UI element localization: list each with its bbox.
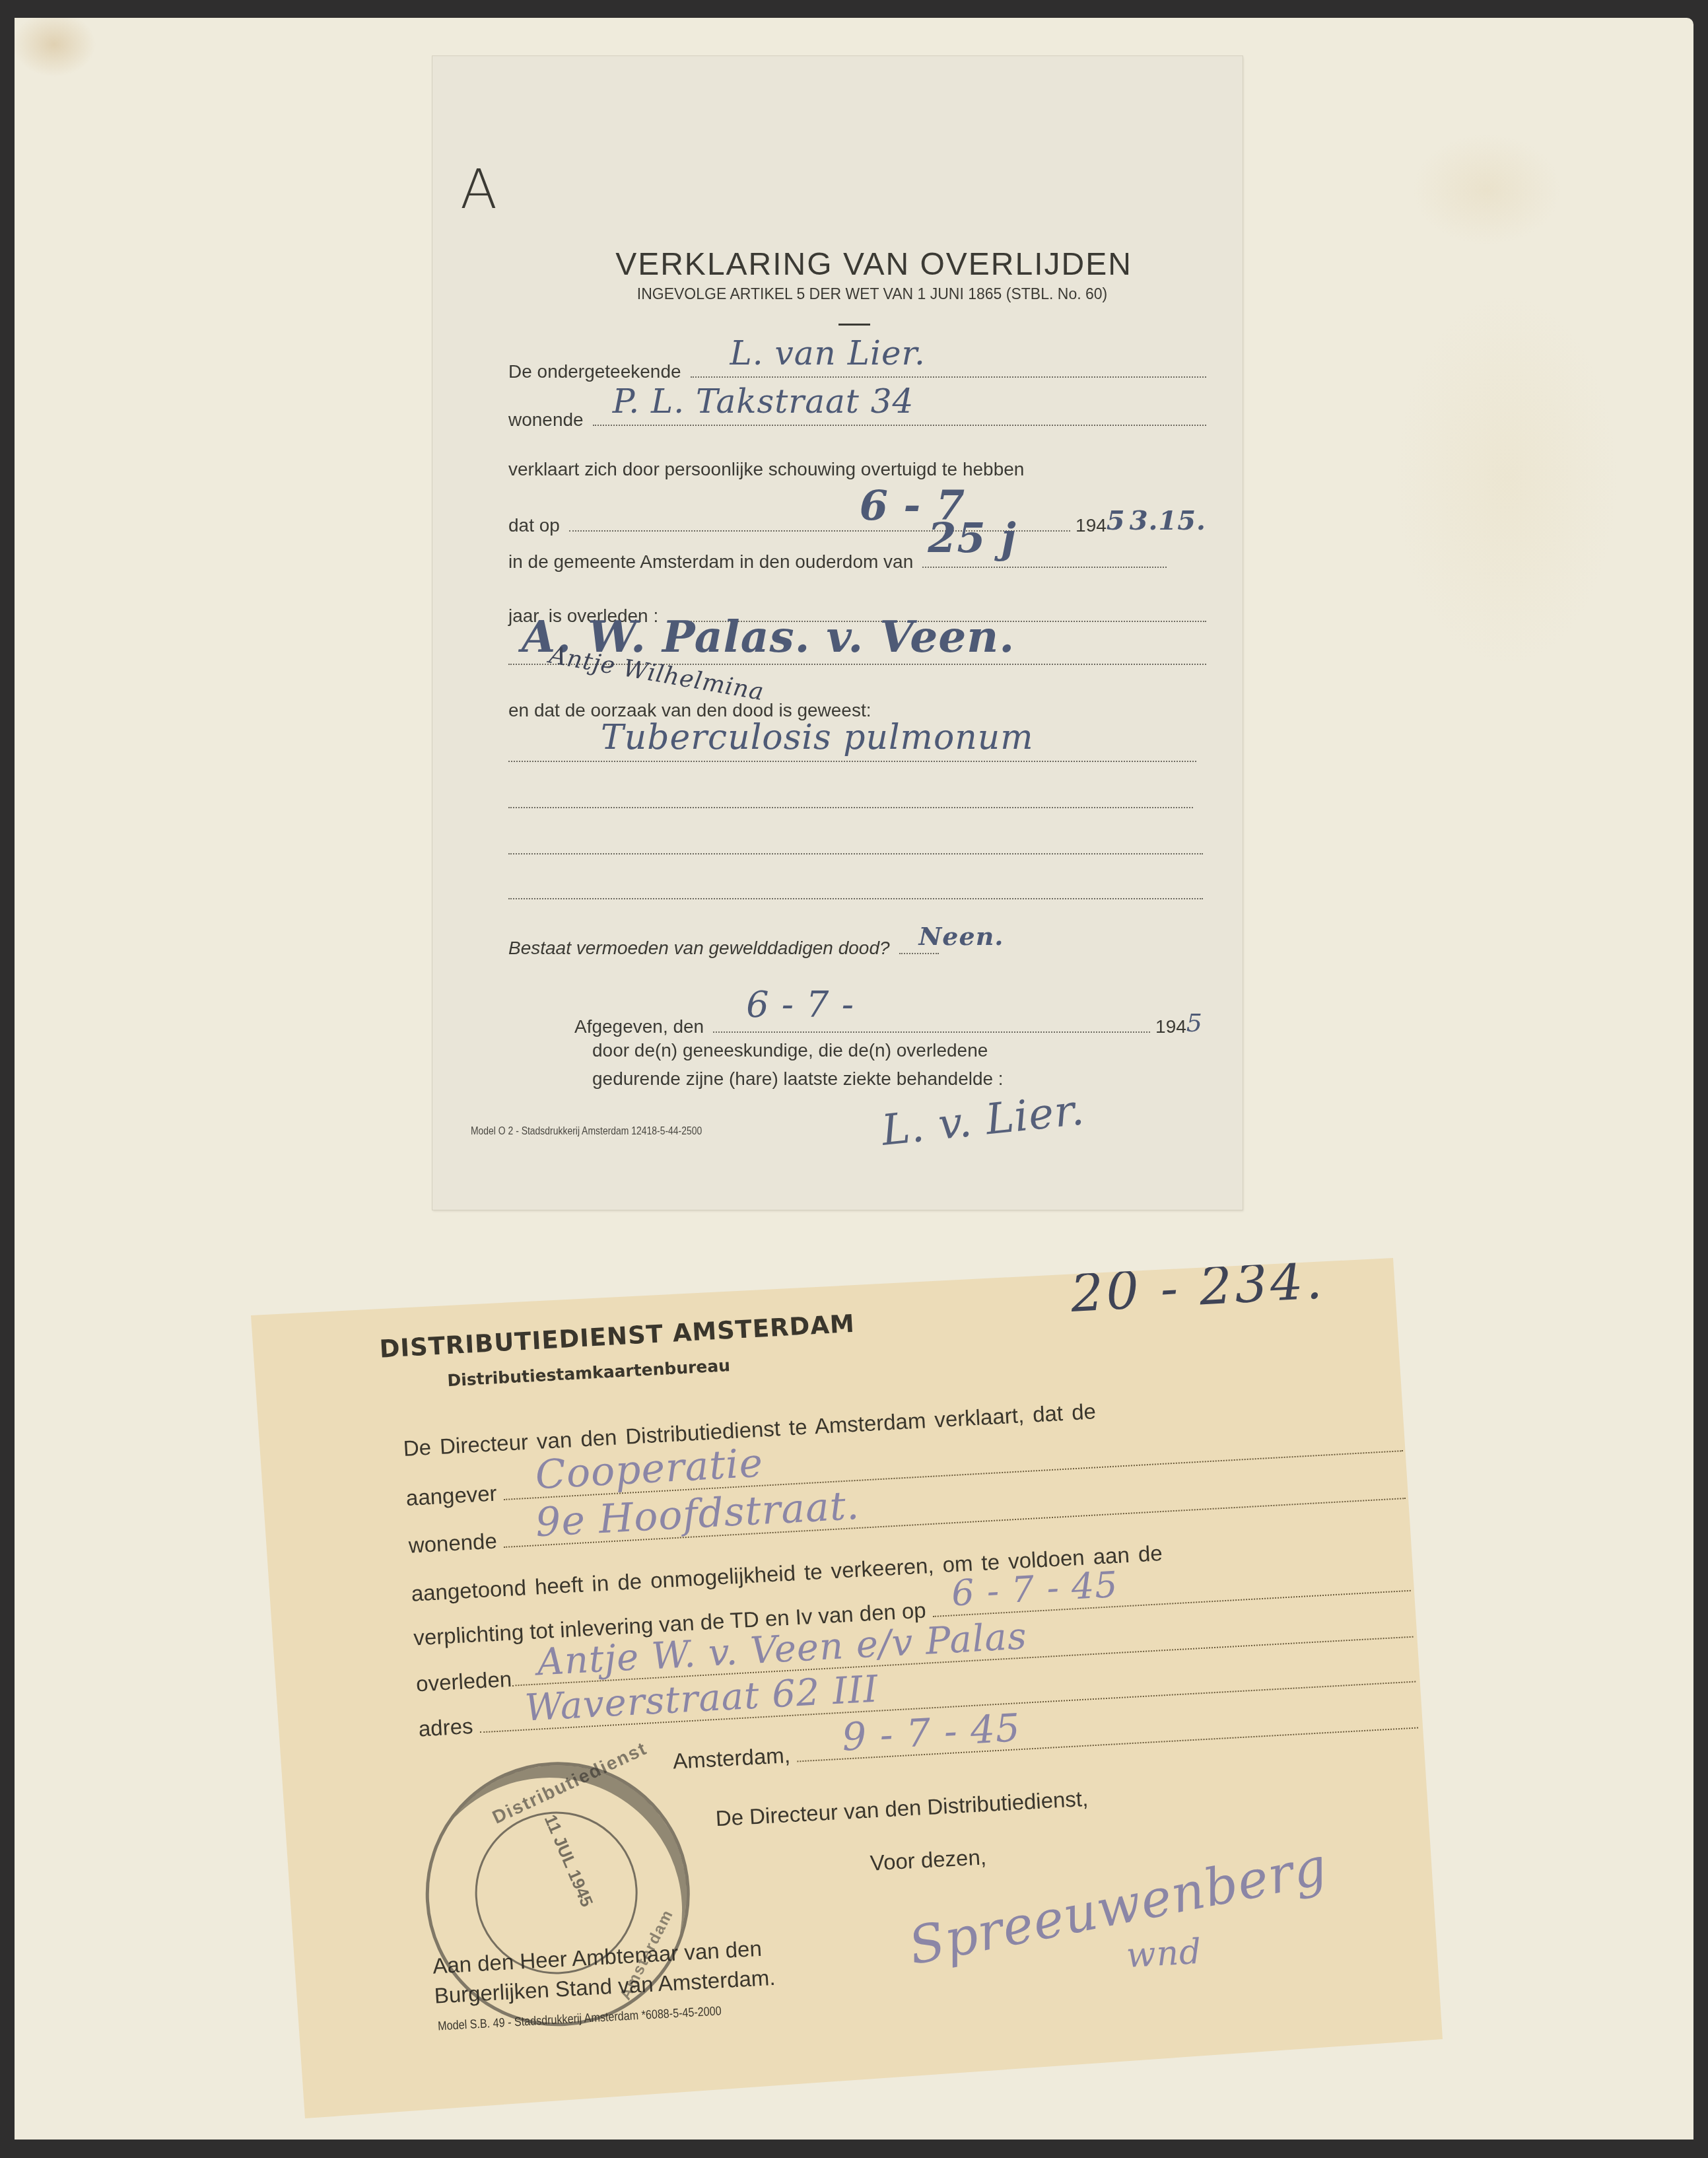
- issued-by-text-1: door de(n) geneeskundige, die de(n) over…: [592, 1040, 1206, 1061]
- field-label: in de gemeente Amsterdam in den ouderdom…: [508, 551, 913, 573]
- field-line: 9e Hoofdstraat.: [504, 1496, 1406, 1548]
- form-subtitle: INGEVOLGE ARTIKEL 5 DER WET VAN 1 JUNI 1…: [432, 285, 1243, 303]
- field-line: L. van Lier.: [691, 375, 1206, 378]
- declaration-text: verklaart zich door persoonlijke schouwi…: [508, 459, 1206, 480]
- handwritten-age: 25 j: [928, 514, 1016, 562]
- card-organization: DISTRIBUTIEDIENST AMSTERDAM: [379, 1309, 856, 1364]
- field-label: De ondergeteekende: [508, 361, 681, 382]
- field-line: 9 - 7 - 45: [797, 1726, 1418, 1762]
- field-undersigned: De ondergeteekende L. van Lier.: [508, 361, 1206, 382]
- field-label: adres: [418, 1714, 473, 1741]
- physician-signature: L. v. Lier.: [879, 1086, 1087, 1156]
- handwritten-place-date: 9 - 7 - 45: [841, 1705, 1022, 1760]
- field-issued: Afgegeven, den 6 - 7 - 194 5: [574, 1008, 1203, 1037]
- field-line: 25 j: [922, 565, 1167, 568]
- handwritten-violent-death: Neen.: [919, 921, 1004, 951]
- field-line: Neen.: [899, 952, 939, 954]
- field-label: dat op: [508, 515, 560, 536]
- handwritten-undersigned: L. van Lier.: [730, 334, 926, 372]
- handwritten-issued-year: 5: [1186, 1008, 1203, 1037]
- field-residing: wonende P. L. Takstraat 34: [508, 409, 1206, 431]
- handwritten-time: 3.15.: [1130, 505, 1206, 536]
- field-line: P. L. Takstraat 34: [593, 423, 1206, 426]
- issued-by-text-2: gedurende zijne (hare) laatste ziekte be…: [592, 1068, 1206, 1090]
- form-footer: Model O 2 - Stadsdrukkerij Amsterdam 124…: [471, 1125, 702, 1138]
- card-content: DISTRIBUTIEDIENST AMSTERDAM Distributies…: [277, 1232, 1468, 2099]
- field-age: in de gemeente Amsterdam in den ouderdom…: [508, 551, 1206, 573]
- field-date-of-death: dat op 6 - 7 194 5 3.15.: [508, 505, 1206, 536]
- field-label: Amsterdam,: [672, 1743, 791, 1774]
- field-label: aangever: [405, 1480, 497, 1510]
- signatory-title: De Directeur van den Distributiedienst,: [715, 1786, 1089, 1831]
- field-line: 6 - 7 - 45: [933, 1589, 1411, 1617]
- blank-line: [508, 898, 1203, 899]
- field-label: wonende: [408, 1529, 498, 1558]
- handwritten-cause: Tuberculosis pulmonum: [601, 718, 1034, 757]
- year-prefix: 194: [1076, 515, 1107, 536]
- on-behalf-label: Voor dezen,: [870, 1844, 987, 1875]
- form-letter: A: [460, 158, 497, 221]
- form-title: VERKLARING VAN OVERLIJDEN: [432, 246, 1243, 283]
- handwritten-residing: P. L. Takstraat 34: [613, 382, 914, 421]
- field-label: Bestaat vermoeden van gewelddadigen dood…: [508, 938, 890, 959]
- field-line-deceased-2: A. W. Palas. v. Veen. Antje Wilhelmina: [508, 664, 1206, 665]
- field-line: 6 - 7 -: [713, 1030, 1150, 1033]
- field-line-cause: Tuberculosis pulmonum: [508, 761, 1196, 762]
- field-label: Afgegeven, den: [574, 1016, 704, 1037]
- field-violent-death: Bestaat vermoeden van gewelddadigen dood…: [508, 938, 1177, 959]
- signature-suffix: wnd: [1125, 1932, 1202, 1976]
- handwritten-year: 5: [1107, 505, 1126, 536]
- handwritten-issued-date: 6 - 7 -: [746, 984, 854, 1026]
- blank-line: [508, 807, 1193, 808]
- field-label: overleden: [415, 1667, 512, 1697]
- card-bureau: Distributiestamkaartenbureau: [447, 1356, 731, 1390]
- blank-line: [508, 853, 1203, 854]
- title-divider: [838, 324, 870, 326]
- sheet-perforated-edge: [9, 117, 20, 2124]
- year-prefix: 194: [1155, 1016, 1186, 1037]
- handwritten-obligation-date: 6 - 7 - 45: [950, 1564, 1119, 1615]
- field-label: wonende: [508, 409, 584, 431]
- death-declaration-form: A VERKLARING VAN OVERLIJDEN INGEVOLGE AR…: [432, 56, 1243, 1210]
